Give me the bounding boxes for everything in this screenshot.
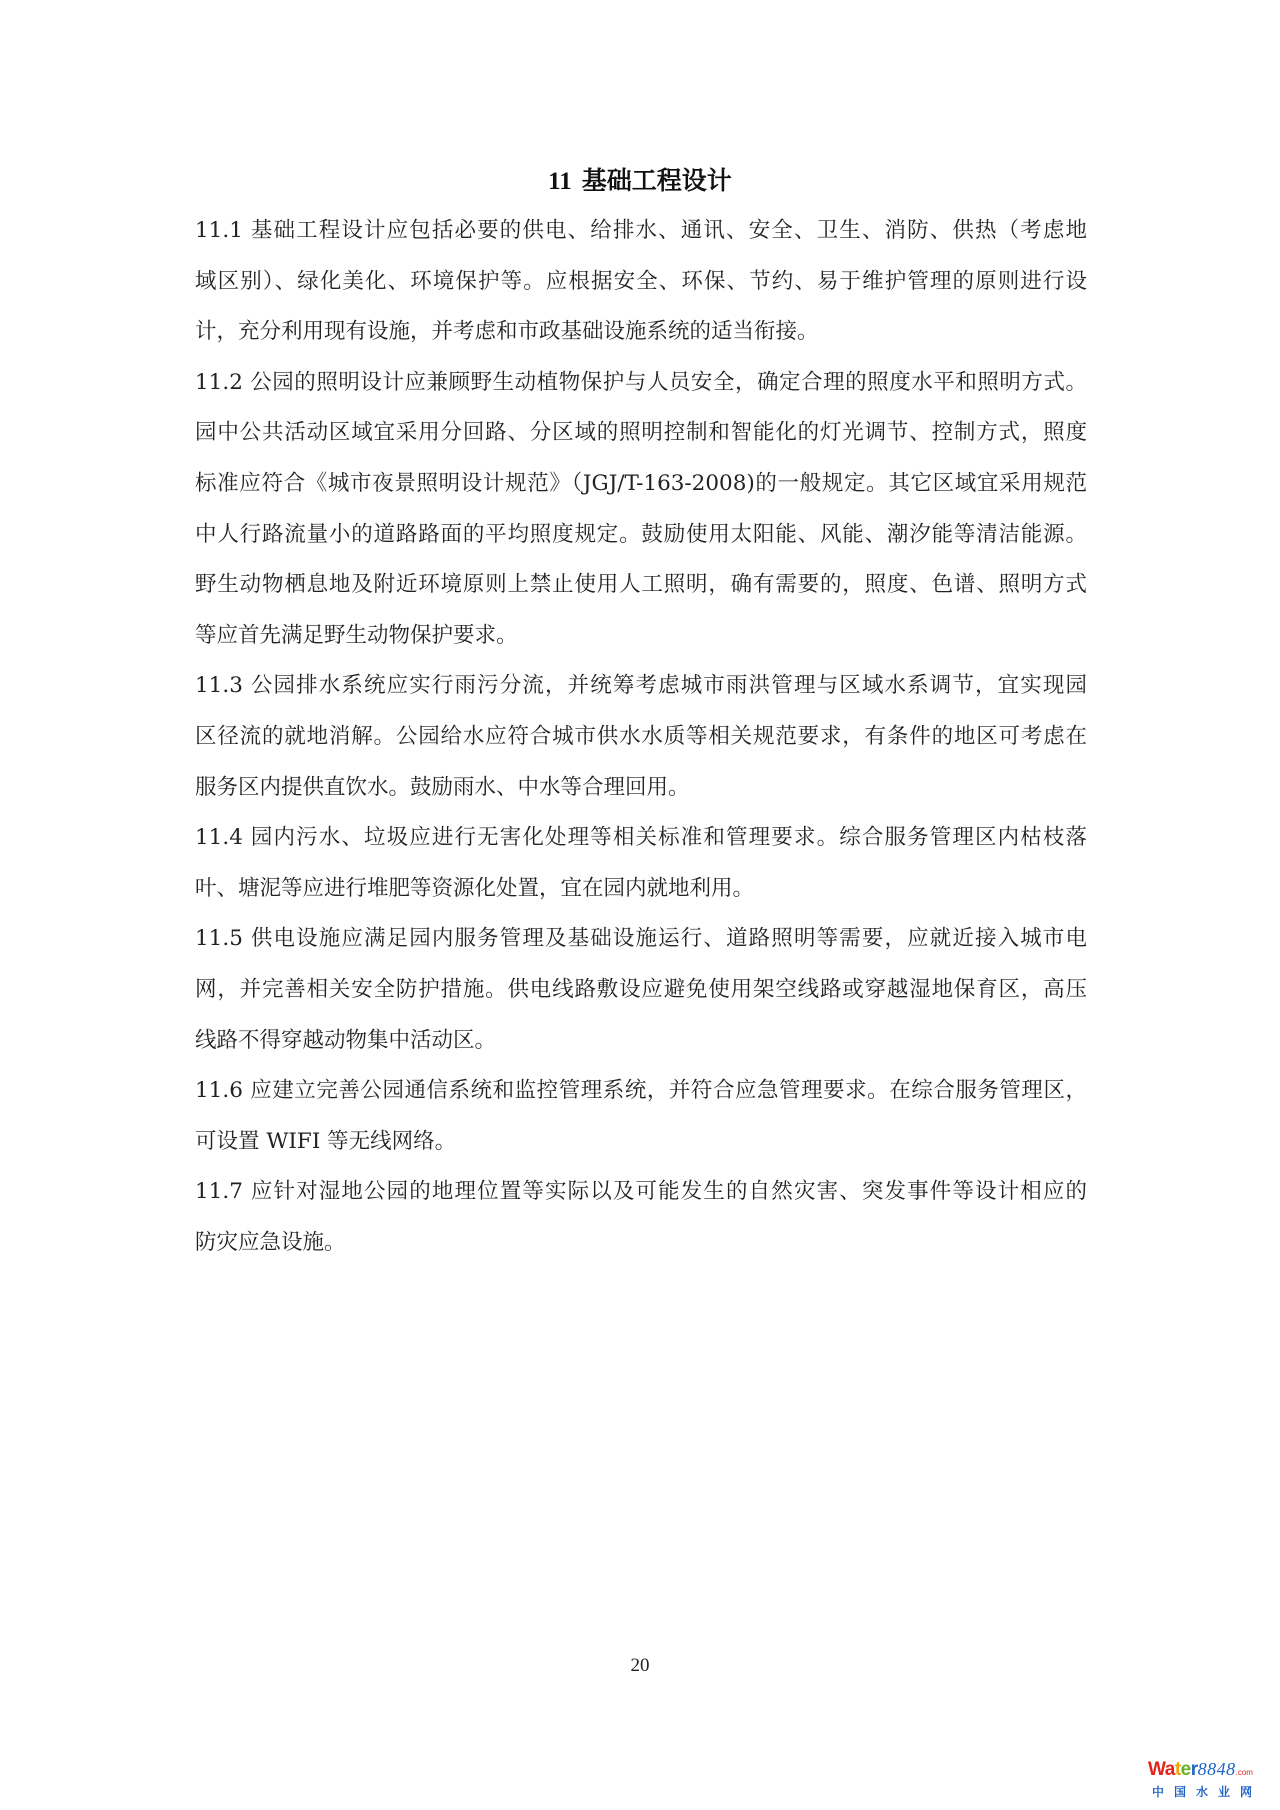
clause-11-1-line: 域区别）、绿化美化、环境保护等。应根据安全、环保、节约、易于维护管理的原则进行设 — [195, 257, 1087, 308]
watermark-logo: Water8848.com 中国水业网 — [1148, 1758, 1273, 1804]
watermark-letter: e — [1181, 1759, 1191, 1780]
clause-11-2-line: 标准应符合《城市夜景照明设计规范》（JGJ/T-163-2008)的一般规定。其… — [195, 459, 1087, 510]
page-number: 20 — [0, 1655, 1280, 1677]
section-number: 11 — [548, 168, 572, 195]
clause-11-2-line: 等应首先满足野生动物保护要求。 — [195, 611, 1087, 662]
clause-11-5-line: 11.5 供电设施应满足园内服务管理及基础设施运行、道路照明等需要，应就近接入城… — [195, 914, 1087, 965]
clause-11-3-line: 区径流的就地消解。公园给水应符合城市供水水质等相关规范要求，有条件的地区可考虑在 — [195, 712, 1087, 763]
clause-11-7-line: 11.7 应针对湿地公园的地理位置等实际以及可能发生的自然灾害、突发事件等设计相… — [195, 1167, 1087, 1218]
clause-11-1-line: 11.1 基础工程设计应包括必要的供电、给排水、通讯、安全、卫生、消防、供热（考… — [195, 206, 1087, 257]
watermark-letter: r — [1191, 1759, 1198, 1780]
clause-11-2-line: 中人行路流量小的道路路面的平均照度规定。鼓励使用太阳能、风能、潮汐能等清洁能源。 — [195, 510, 1087, 561]
watermark-letter: a — [1165, 1759, 1175, 1780]
watermark-number: 8848 — [1198, 1759, 1236, 1779]
clause-11-5-line: 网，并完善相关安全防护措施。供电线路敷设应避免使用架空线路或穿越湿地保育区，高压 — [195, 965, 1087, 1016]
clause-11-3-line: 11.3 公园排水系统应实行雨污分流，并统筹考虑城市雨洪管理与区域水系调节，宜实… — [195, 661, 1087, 712]
clause-11-3-line: 服务区内提供直饮水。鼓励雨水、中水等合理回用。 — [195, 763, 1087, 814]
clause-11-2-line: 园中公共活动区域宜采用分回路、分区域的照明控制和智能化的灯光调节、控制方式，照度 — [195, 408, 1087, 459]
section-title: 11基础工程设计 — [0, 164, 1280, 199]
document-page: 11基础工程设计 11.1 基础工程设计应包括必要的供电、给排水、通讯、安全、卫… — [0, 0, 1280, 1810]
watermark-letter: W — [1148, 1759, 1165, 1780]
clause-11-2-line: 野生动物栖息地及附近环境原则上禁止使用人工照明，确有需要的，照度、色谱、照明方式 — [195, 560, 1087, 611]
clause-11-2-line: 11.2 公园的照明设计应兼顾野生动植物保护与人员安全，确定合理的照度水平和照明… — [195, 358, 1087, 409]
clause-11-4-line: 叶、塘泥等应进行堆肥等资源化处置，宜在园内就地利用。 — [195, 864, 1087, 915]
watermark-cn-name: 中国水业网 — [1148, 1784, 1273, 1800]
clause-11-7-line: 防灾应急设施。 — [195, 1218, 1087, 1269]
watermark-brand: Water8848.com — [1148, 1758, 1273, 1784]
clause-11-4-line: 11.4 园内污水、垃圾应进行无害化处理等相关标准和管理要求。综合服务管理区内枯… — [195, 813, 1087, 864]
section-title-text: 基础工程设计 — [582, 166, 732, 195]
clause-11-6-line: 可设置 WIFI 等无线网络。 — [195, 1117, 1087, 1168]
section-body: 11.1 基础工程设计应包括必要的供电、给排水、通讯、安全、卫生、消防、供热（考… — [195, 206, 1087, 1268]
clause-11-1-line: 计，充分利用现有设施，并考虑和市政基础设施系统的适当衔接。 — [195, 307, 1087, 358]
watermark-suffix: .com — [1236, 1768, 1253, 1777]
clause-11-5-line: 线路不得穿越动物集中活动区。 — [195, 1016, 1087, 1067]
clause-11-6-line: 11.6 应建立完善公园通信系统和监控管理系统，并符合应急管理要求。在综合服务管… — [195, 1066, 1087, 1117]
